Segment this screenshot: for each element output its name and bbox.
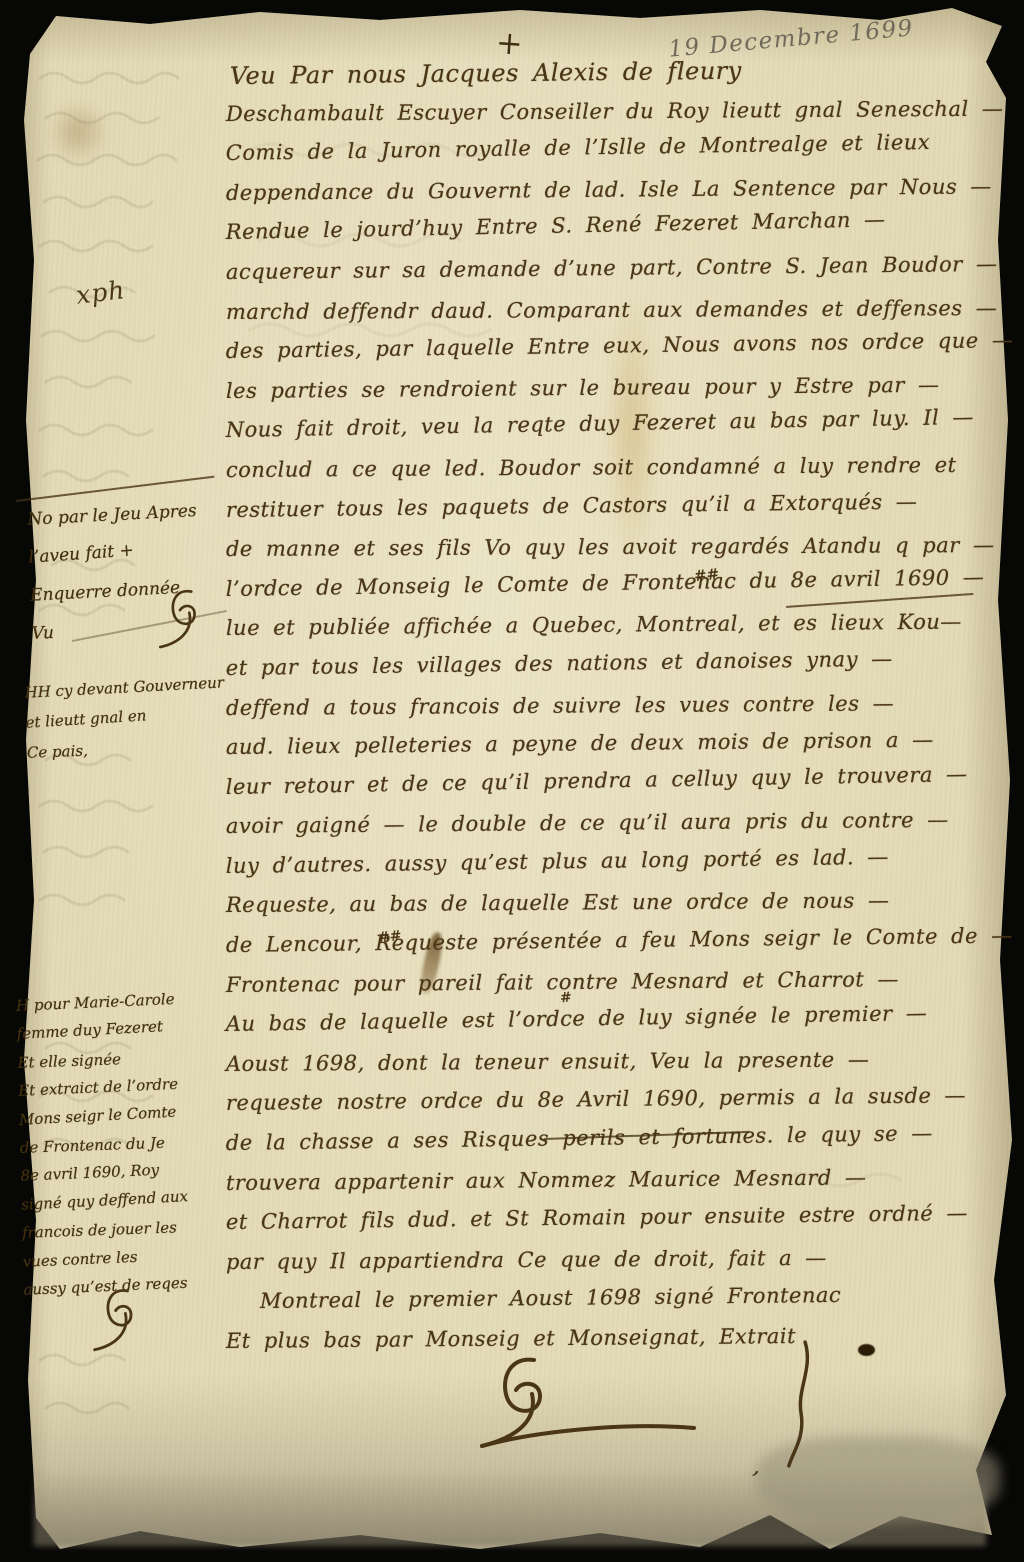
margin-note-text: francois de jouer les xyxy=(22,1219,177,1242)
hash-mark: ## xyxy=(693,565,720,586)
manuscript-line-text: de manne et ses fils Vo quy les avoit re… xyxy=(226,533,995,561)
manuscript-text-line: de Lencour, Requeste présentée a feu Mon… xyxy=(226,924,974,973)
invocation-cross-mark: + xyxy=(495,23,524,63)
folio-mark: xph xyxy=(74,275,126,310)
manuscript-line-text: marchd deffendr daud. Comparant aux dema… xyxy=(226,296,997,324)
hash-mark-text: ## xyxy=(377,928,402,946)
manuscript-line-text: Aoust 1698, dont la teneur ensuit, Veu l… xyxy=(226,1047,870,1075)
manuscript-text-line: restituer tous les paquets de Castors qu… xyxy=(226,488,974,537)
margin-note-text: Ce pais, xyxy=(27,742,89,762)
manuscript-text-line: Montreal le premier Aoust 1698 signé Fro… xyxy=(260,1282,974,1329)
margin-note-text: Vu xyxy=(31,623,54,644)
margin-note-lower: H pour Marie-Carole femme duy Fezeret Et… xyxy=(16,991,239,1309)
manuscript-body-text: Veu Par nous Jacques Alexis de fleury De… xyxy=(226,62,974,1369)
manuscript-line-text: Et plus bas par Monseig et Monseignat, E… xyxy=(226,1324,796,1353)
manuscript-line-text: lue et publiée affichée a Quebec, Montre… xyxy=(226,610,962,640)
flourish-stroke-right xyxy=(776,1338,822,1470)
paraph-flourish-upper-margin xyxy=(148,585,228,651)
margin-note-middle: HH cy devant Gouverneur et lieutt gnal e… xyxy=(24,676,242,773)
manuscript-line-text: Montreal le premier Aoust 1698 signé Fro… xyxy=(260,1283,842,1313)
manuscript-line-text: Veu Par nous Jacques Alexis de fleury xyxy=(230,57,742,90)
manuscript-line-text: conclud a ce que led. Boudor soit condam… xyxy=(226,453,957,482)
manuscript-line-text: Requeste, au bas de laquelle Est une ord… xyxy=(226,889,890,918)
manuscript-text-line: Veu Par nous Jacques Alexis de fleury xyxy=(230,54,974,101)
paraph-flourish-lower-margin xyxy=(84,1284,164,1354)
hash-mark-text: # xyxy=(559,990,572,1007)
paraph-flourish-bottom xyxy=(462,1352,702,1452)
manuscript-line-text: Deschambault Escuyer Conseiller du Roy l… xyxy=(226,96,1004,125)
manuscript-line-text: avoir gaigné — le double de ce qu’il aur… xyxy=(226,808,949,838)
manuscript-line-text: trouvera appartenir aux Nommez Maurice M… xyxy=(226,1165,867,1195)
manuscript-line-text: par quy Il appartiendra Ce que de droit,… xyxy=(226,1246,827,1274)
margin-note-text: Et elle signée xyxy=(17,1050,121,1072)
manuscript-text-line: et Charrot fils dud. et St Romain pour e… xyxy=(226,1201,974,1250)
manuscript-line-text: deffend a tous francois de suivre les vu… xyxy=(226,691,894,720)
hash-mark: ## xyxy=(377,928,402,946)
hash-mark-text: ## xyxy=(693,565,720,586)
manuscript-photo: + 19 Decembre 1699 xph Veu Par nous Jacq… xyxy=(0,0,1024,1562)
margin-note-text: de Frontenac du Je xyxy=(20,1134,166,1157)
manuscript-text-line: acquereur sur sa demande d’une part, Con… xyxy=(226,252,974,299)
hash-mark: # xyxy=(559,990,572,1007)
